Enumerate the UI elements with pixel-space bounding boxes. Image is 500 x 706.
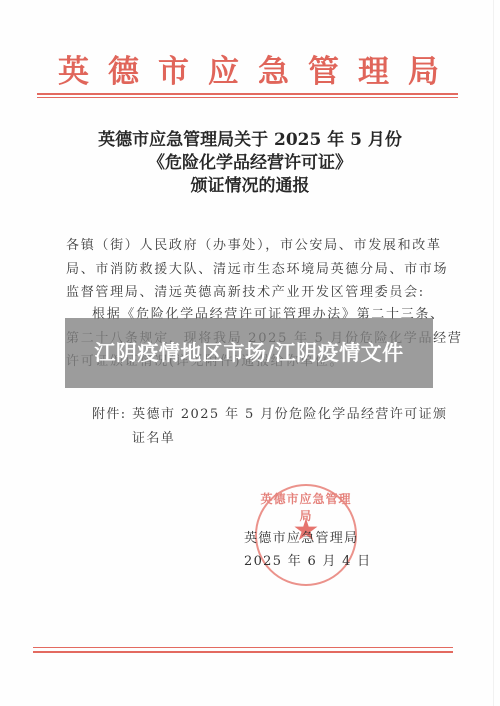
addressee-line: 监督管理局、清远英德高新技术产业开发区管理委员会: bbox=[66, 281, 442, 305]
addressee-line: 各镇（街）人民政府（办事处），市公安局、市发展和改革 bbox=[66, 234, 442, 258]
header-rule bbox=[37, 93, 458, 95]
header-rule-thin bbox=[37, 97, 458, 98]
page-edge bbox=[493, 0, 494, 706]
overlay-banner[interactable]: 江阴疫情地区市场/江阴疫情文件 bbox=[65, 318, 433, 388]
signature-date: 2025 年 6 月 4 日 bbox=[244, 550, 372, 573]
title-line: 英德市应急管理局关于 2025 年 5 月份 bbox=[60, 129, 440, 152]
attachment-note: 附件: 英德市 2025 年 5 月份危险化学品经营许可证颁 证名单 bbox=[92, 403, 447, 450]
overlay-title[interactable]: 江阴疫情地区市场/江阴疫情文件 bbox=[84, 340, 414, 366]
title-line: 颁证情况的通报 bbox=[60, 175, 440, 198]
document-title: 英德市应急管理局关于 2025 年 5 月份 《危险化学品经营许可证》 颁证情况… bbox=[60, 129, 440, 198]
addressee-line: 局、市消防救援大队、清远市生态环境局英德分局、市市场 bbox=[66, 258, 442, 282]
org-header: 英德市应急管理局 bbox=[58, 52, 458, 92]
signature-issuer: 英德市应急管理局 bbox=[244, 527, 372, 550]
signature-block: 英德市应急管理局 2025 年 6 月 4 日 bbox=[244, 527, 372, 573]
footer-rule-thin bbox=[33, 647, 453, 648]
addressee-block: 各镇（街）人民政府（办事处），市公安局、市发展和改革 局、市消防救援大队、清远市… bbox=[66, 234, 442, 305]
attachment-label: 附件: bbox=[92, 407, 127, 422]
title-line: 《危险化学品经营许可证》 bbox=[60, 152, 440, 175]
attachment-text-cont: 证名单 bbox=[92, 427, 447, 451]
attachment-text: 英德市 2025 年 5 月份危险化学品经营许可证颁 bbox=[132, 407, 447, 422]
footer-rule bbox=[33, 651, 453, 653]
